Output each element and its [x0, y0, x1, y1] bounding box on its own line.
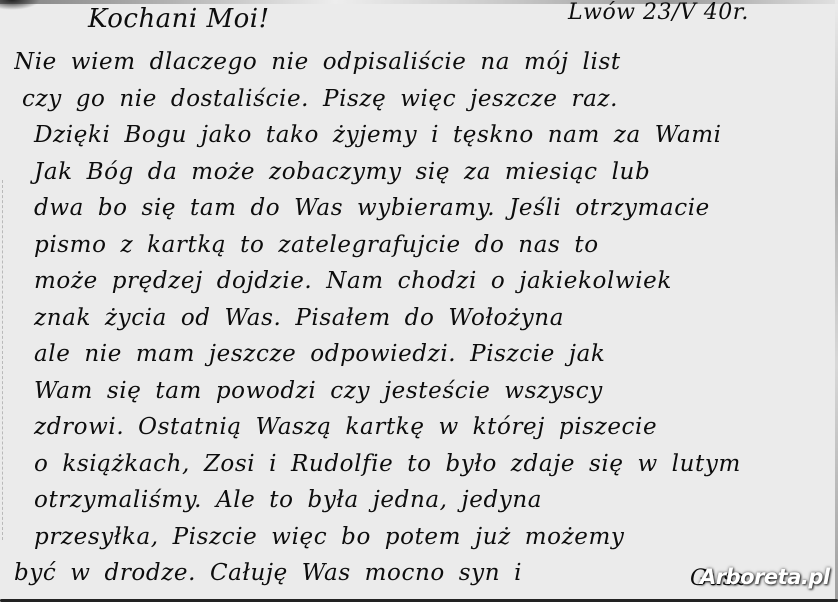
body-line: zdrowi. Ostatnią Waszą kartkę w której p… [14, 409, 834, 446]
body-line: otrzymaliśmy. Ale to była jedna, jedyna [14, 482, 834, 519]
postcard: Kochani Moi! Lwów 23/V 40r. Nie wiem dla… [0, 0, 838, 608]
body-line: Wam się tam powodzi czy jesteście wszysc… [14, 373, 834, 410]
body-line: przesyłka, Piszcie więc bo potem już moż… [14, 519, 834, 556]
letter-body: Nie wiem dlaczego nie odpisaliście na mó… [14, 44, 834, 592]
scan-bottom-margin [0, 602, 838, 608]
body-line: dwa bo się tam do Was wybieramy. Jeśli o… [14, 190, 834, 227]
body-line: czy go nie dostaliście. Piszę więc jeszc… [14, 81, 834, 118]
dateline: Lwów 23/V 40r. [568, 0, 749, 25]
body-line: Dzięki Bogu jako tako żyjemy i tęskno na… [14, 117, 834, 154]
body-line: Nie wiem dlaczego nie odpisaliście na mó… [14, 44, 834, 81]
body-line: ale nie mam jeszcze odpowiedzi. Piszcie … [14, 336, 834, 373]
watermark: Arboreta.pl [700, 565, 830, 589]
body-line: Jak Bóg da może zobaczymy się za miesiąc… [14, 154, 834, 191]
greeting: Kochani Moi! [88, 4, 270, 34]
scan-left-edge [2, 180, 4, 540]
body-line: o książkach, Zosi i Rudolfie to było zda… [14, 446, 834, 483]
body-line: znak życia od Was. Pisałem do Wołożyna [14, 300, 834, 337]
body-line: może prędzej dojdzie. Nam chodzi o jakie… [14, 263, 834, 300]
body-line: pismo z kartką to zatelegrafujcie do nas… [14, 227, 834, 264]
corner-smudge [0, 0, 40, 10]
